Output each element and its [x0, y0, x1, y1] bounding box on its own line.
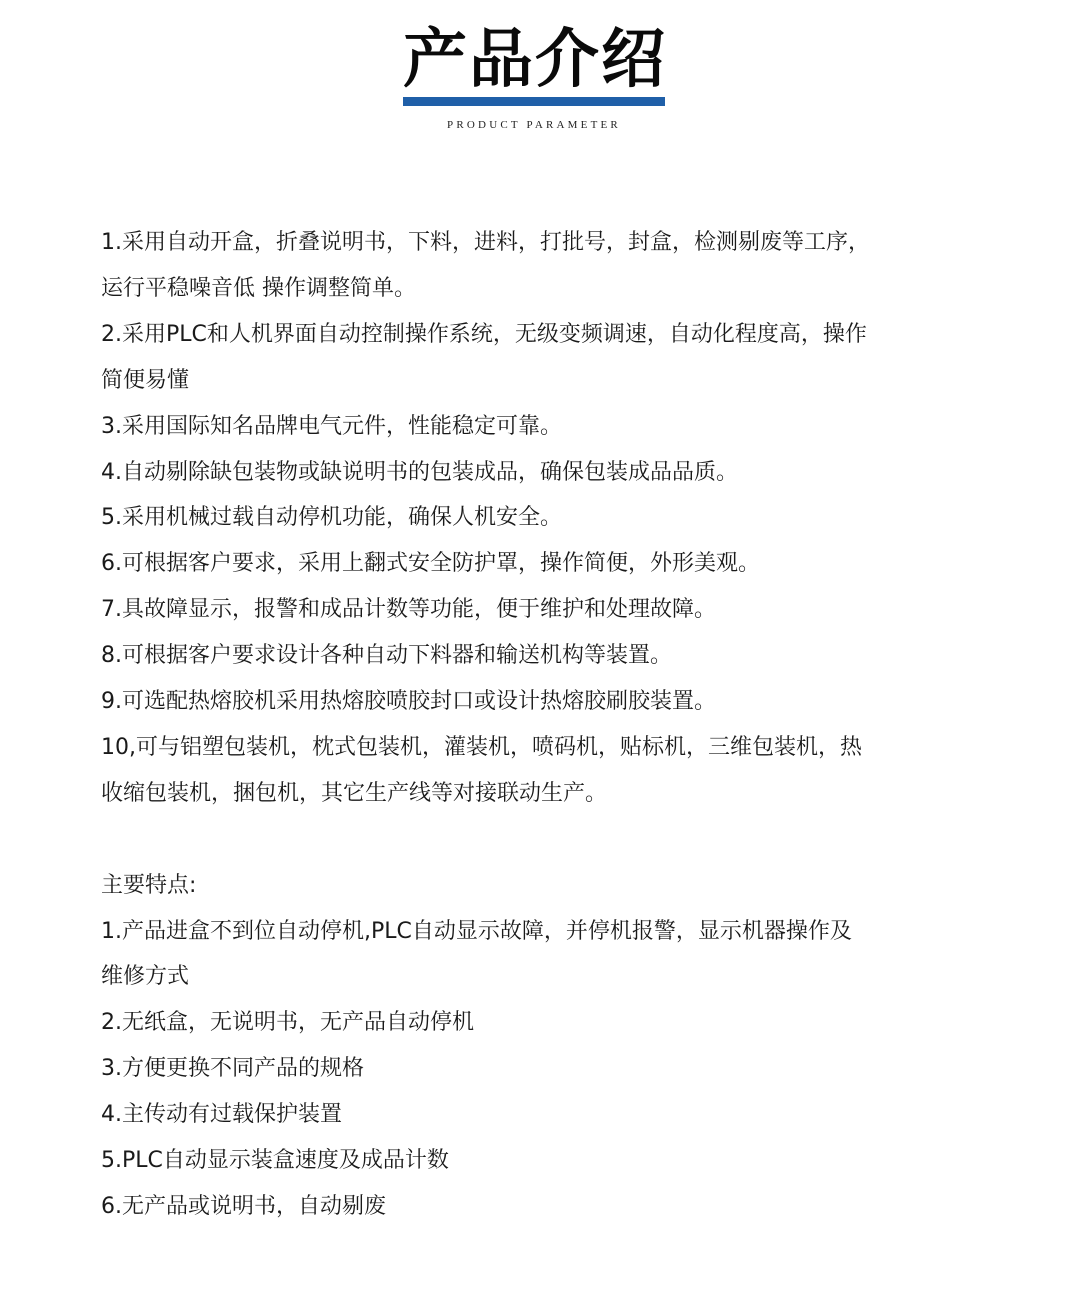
- intro-line: 5.采用机械过载自动停机功能，确保人机安全。: [101, 495, 981, 541]
- product-description: 1.采用自动开盒，折叠说明书，下料，进料，打批号，封盒，检测剔废等工序， 运行平…: [101, 220, 981, 1230]
- intro-line: 收缩包装机，捆包机，其它生产线等对接联动生产。: [101, 771, 981, 817]
- intro-line: 1.采用自动开盒，折叠说明书，下料，进料，打批号，封盒，检测剔废等工序，: [101, 220, 981, 266]
- features-heading: 主要特点:: [101, 863, 981, 909]
- feature-line: 3.方便更换不同产品的规格: [101, 1046, 981, 1092]
- intro-line: 运行平稳噪音低 操作调整简单。: [101, 266, 981, 312]
- section-spacer: [101, 817, 981, 863]
- intro-line: 简便易懂: [101, 358, 981, 404]
- intro-line: 6.可根据客户要求，采用上翻式安全防护罩，操作简便，外形美观。: [101, 541, 981, 587]
- feature-line: 4.主传动有过载保护装置: [101, 1092, 981, 1138]
- features-section: 主要特点: 1.产品进盒不到位自动停机,PLC自动显示故障，并停机报警，显示机器…: [101, 863, 981, 1230]
- feature-line: 6.无产品或说明书，自动剔废: [101, 1184, 981, 1230]
- intro-line: 4.自动剔除缺包装物或缺说明书的包装成品，确保包装成品品质。: [101, 450, 981, 496]
- intro-line: 3.采用国际知名品牌电气元件，性能稳定可靠。: [101, 404, 981, 450]
- intro-line: 8.可根据客户要求设计各种自动下料器和输送机构等装置。: [101, 633, 981, 679]
- intro-line: 7.具故障显示，报警和成品计数等功能，便于维护和处理故障。: [101, 587, 981, 633]
- page-subtitle: PRODUCT PARAMETER: [403, 119, 665, 131]
- page-title: 产品介绍: [403, 22, 665, 98]
- intro-line: 9.可选配热熔胶机采用热熔胶喷胶封口或设计热熔胶刷胶装置。: [101, 679, 981, 725]
- feature-line: 2.无纸盒，无说明书，无产品自动停机: [101, 1000, 981, 1046]
- intro-section: 1.采用自动开盒，折叠说明书，下料，进料，打批号，封盒，检测剔废等工序， 运行平…: [101, 220, 981, 817]
- title-underline-bar: [403, 97, 665, 106]
- feature-line: 1.产品进盒不到位自动停机,PLC自动显示故障，并停机报警，显示机器操作及: [101, 909, 981, 955]
- intro-line: 2.采用PLC和人机界面自动控制操作系统，无级变频调速，自动化程度高，操作: [101, 312, 981, 358]
- feature-line: 5.PLC自动显示装盒速度及成品计数: [101, 1138, 981, 1184]
- intro-line: 10,可与铝塑包装机，枕式包装机，灌装机，喷码机，贴标机，三维包装机，热: [101, 725, 981, 771]
- feature-line: 维修方式: [101, 954, 981, 1000]
